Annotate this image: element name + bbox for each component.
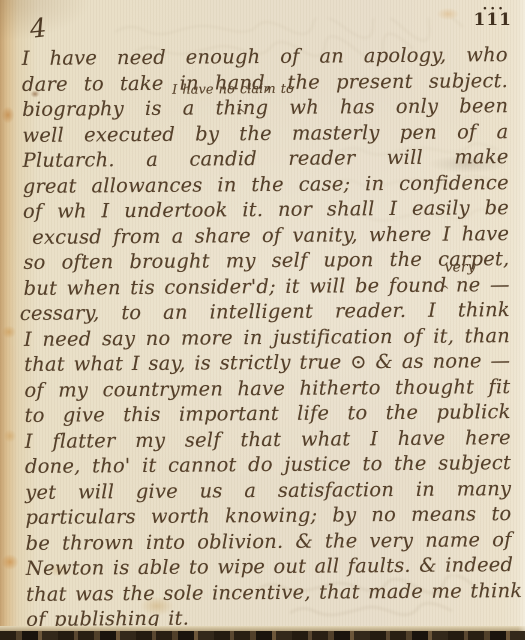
manuscript-line: of my countrymen have hitherto thought f… <box>24 374 510 403</box>
manuscript-line: that was the sole incentive, that made m… <box>26 578 512 607</box>
line-text: biography is a thing wh has only been <box>22 93 508 122</box>
line-text: that was the sole incentive, that made m… <box>26 578 512 607</box>
line-text: to give this important life to the publi… <box>25 399 511 428</box>
interlinear-insertion-claim: I have no claim to <box>172 83 294 97</box>
line-text: great allowances in the case; in confide… <box>23 170 509 199</box>
manuscript-line: of wh I undertook it. nor shall I easily… <box>23 195 509 224</box>
line-text: Newton is able to wipe out all faults. &… <box>26 552 512 581</box>
manuscript-line: yet will give us a satisfaction in many <box>25 476 511 505</box>
line-text: of wh I undertook it. nor shall I easily… <box>23 195 509 224</box>
manuscript-line: be thrown into oblivion. & the very name… <box>26 527 512 556</box>
manuscript-line: done, tho' it cannot do justice to the s… <box>25 450 511 479</box>
manuscript-text: I have need enough of an apology, who da… <box>22 42 513 632</box>
line-text: that what I say, is strictly true ⊙ & as… <box>24 348 510 377</box>
line-text: done, tho' it cannot do justice to the s… <box>25 450 511 479</box>
line-text: excusd from a share of vanity, where I h… <box>32 221 509 250</box>
manuscript-line: biography is a thing wh has only been I … <box>22 93 508 122</box>
line-text: of my countrymen have hitherto thought f… <box>24 374 510 403</box>
line-text: I flatter my self that what I have here <box>25 425 511 454</box>
line-text: yet will give us a satisfaction in many <box>25 476 511 505</box>
manuscript-line: excusd from a share of vanity, where I h… <box>32 221 509 250</box>
line-text: particulars worth knowing; by no means t… <box>25 501 511 530</box>
interlinear-insertion-very: very <box>445 261 476 274</box>
manuscript-line: that what I say, is strictly true ⊙ & as… <box>24 348 510 377</box>
manuscript-line: I have need enough of an apology, who <box>22 42 508 71</box>
manuscript-line: to give this important life to the publi… <box>25 399 511 428</box>
line-text: cessary, to an intelligent reader. I thi… <box>20 297 510 326</box>
line-text: I have need enough of an apology, who <box>22 42 508 71</box>
caret-mark: ^ <box>236 109 246 119</box>
manuscript-line: I flatter my self that what I have here <box>25 425 511 454</box>
manuscript-line: but when tis consider'd; it will be foun… <box>24 272 510 301</box>
manuscript-line: Plutarch. a candid reader will make <box>23 144 509 173</box>
folio-number: 111 <box>474 10 513 30</box>
manuscript-line: cessary, to an intelligent reader. I thi… <box>20 297 510 326</box>
manuscript-line: particulars worth knowing; by no means t… <box>25 501 511 530</box>
folio-number-left: 4 <box>28 13 48 45</box>
line-text: well executed by the masterly pen of a <box>22 119 508 148</box>
manuscript-line: well executed by the masterly pen of a <box>22 119 508 148</box>
line-text: be thrown into oblivion. & the very name… <box>26 527 512 556</box>
page-right-edge <box>518 0 525 631</box>
manuscript-line: Newton is able to wipe out all faults. &… <box>26 552 512 581</box>
manuscript-line: I need say no more in justification of i… <box>24 323 510 352</box>
manuscript-page: 4 ··· 111 I have need enough of an apolo… <box>0 0 525 640</box>
caret-mark: ^ <box>440 285 450 295</box>
line-text: Plutarch. a candid reader will make <box>23 144 509 173</box>
line-text: I need say no more in justification of i… <box>24 323 510 352</box>
manuscript-line: so often brought my self upon the carpet… <box>23 246 509 275</box>
folio-number-right: ··· 111 <box>474 6 513 28</box>
manuscript-line: great allowances in the case; in confide… <box>23 170 509 199</box>
line-text: but when tis consider'd; it will be foun… <box>24 272 510 301</box>
line-text: so often brought my self upon the carpet… <box>23 246 509 275</box>
book-edge-band <box>0 631 525 640</box>
